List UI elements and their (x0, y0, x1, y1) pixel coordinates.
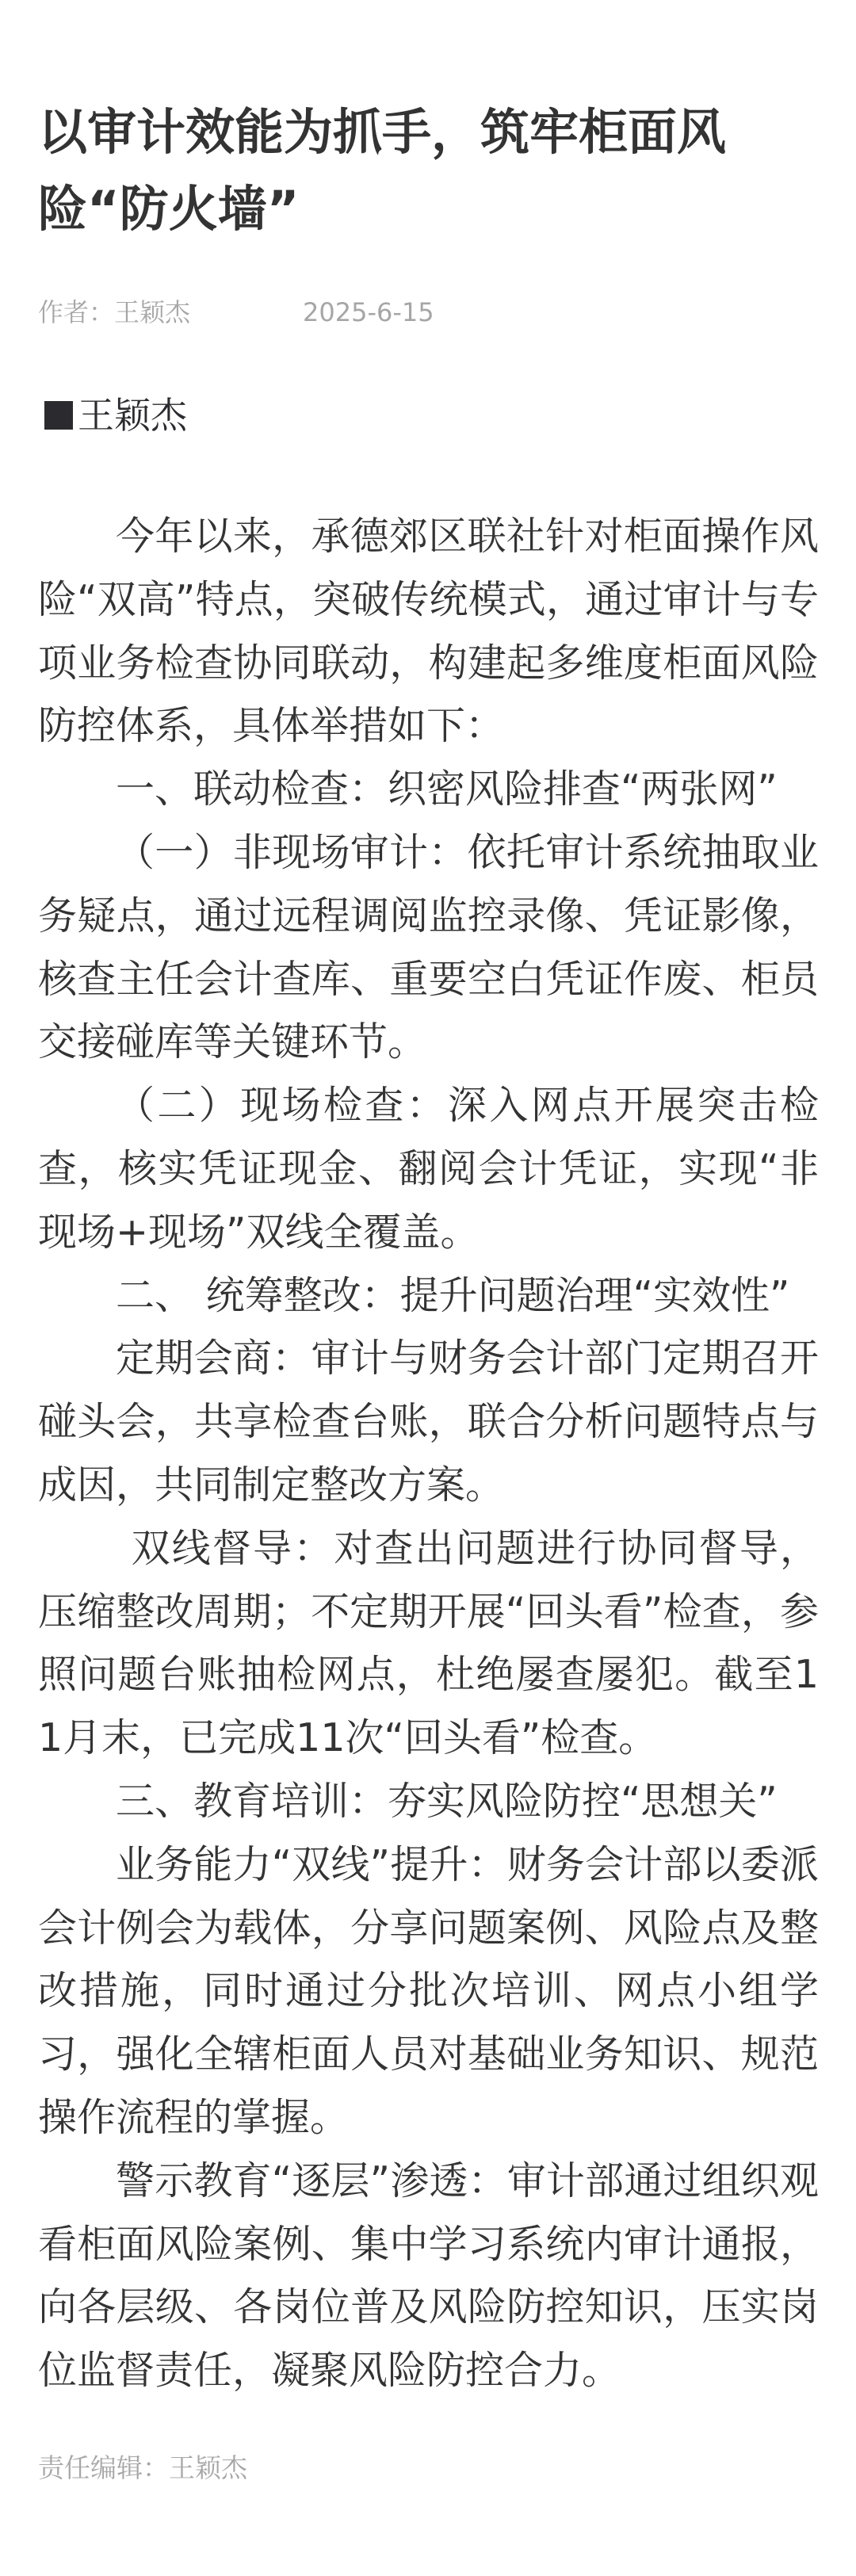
paragraph-intro: 今年以来，承德郊区联社针对柜面操作风险“双高”特点，突破传统模式，通过审计与专项… (38, 505, 819, 758)
publish-date: 2025-6-15 (303, 296, 434, 328)
black-square-icon (44, 401, 73, 430)
heading-section-2: 二、 统筹整改：提升问题治理“实效性” (38, 1264, 819, 1328)
byline: 王颖杰 (44, 392, 187, 439)
paragraph-onsite-check: （二）现场检查：深入网点开展突击检查，核实凭证现金、翻阅会计凭证，实现“非现场+… (38, 1074, 819, 1263)
paragraph-regular-meeting: 定期会商：审计与财务会计部门定期召开碰头会，共享检查台账，联合分析问题特点与成因… (38, 1327, 819, 1516)
article-body: 今年以来，承德郊区联社针对柜面操作风险“双高”特点，突破传统模式，通过审计与专项… (38, 505, 819, 2402)
article-title: 以审计效能为抓手，筑牢柜面风险“防火墙” (38, 94, 831, 247)
author-label: 作者：王颖杰 (38, 296, 190, 328)
paragraph-dual-supervision: 双线督导：对查出问题进行协同督导，压缩整改周期；不定期开展“回头看”检查，参照问… (38, 1517, 819, 1770)
byline-name: 王颖杰 (78, 392, 187, 439)
paragraph-warning-education: 警示教育“逐层”渗透：审计部通过组织观看柜面风险案例、集中学习系统内审计通报，向… (38, 2150, 819, 2402)
paragraph-offsite-audit: （一）非现场审计：依托审计系统抽取业务疑点，通过远程调阅监控录像、凭证影像，核查… (38, 821, 819, 1074)
heading-section-1: 一、联动检查：织密风险排查“两张网” (38, 758, 819, 821)
heading-section-3: 三、教育培训：夯实风险防控“思想关” (38, 1770, 819, 1833)
responsible-editor: 责任编辑：王颖杰 (38, 2451, 247, 2486)
paragraph-skill-improvement: 业务能力“双线”提升：财务会计部以委派会计例会为载体，分享问题案例、风险点及整改… (38, 1833, 819, 2150)
